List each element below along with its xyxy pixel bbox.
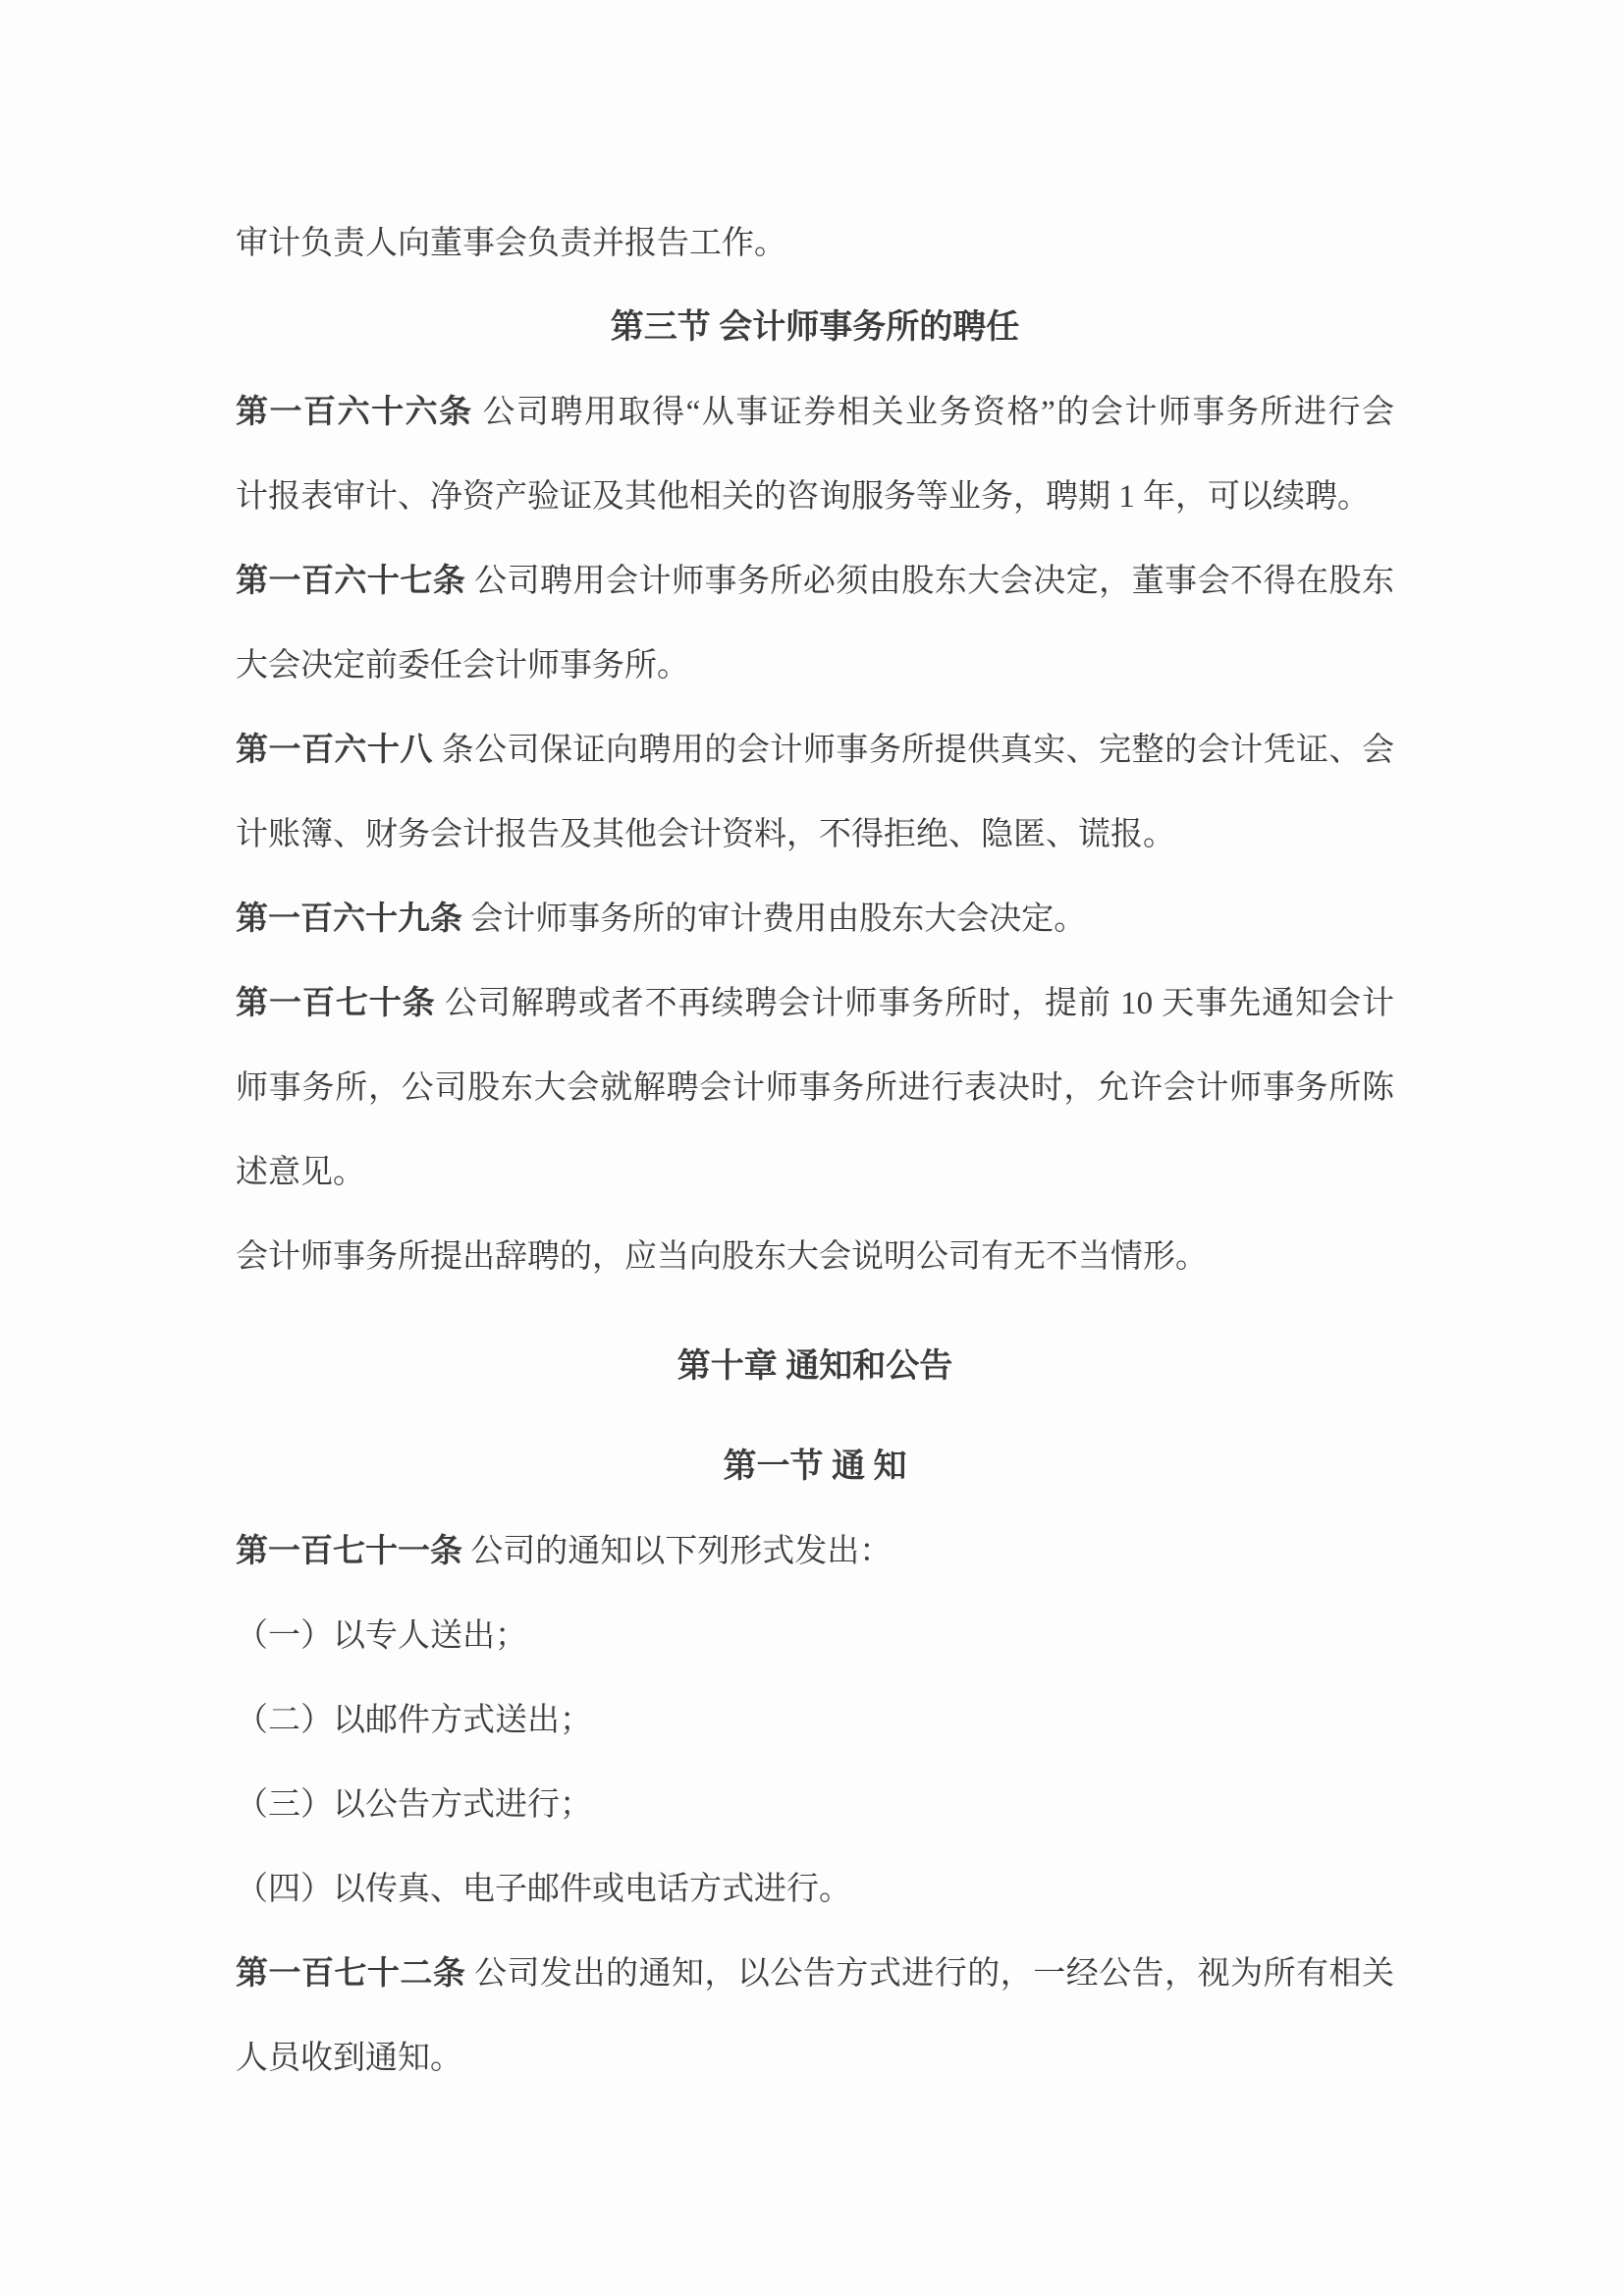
article-169-line-1: 第一百六十九条 会计师事务所的审计费用由股东大会决定。 bbox=[236, 877, 1394, 961]
line-text: 计账簿、财务会计报告及其他会计资料，不得拒绝、隐匿、谎报。 bbox=[236, 817, 1175, 852]
heading-chapter-10: 第十章 通知和公告 bbox=[236, 1325, 1394, 1409]
article-number: 第一百七十二条 bbox=[236, 1956, 465, 1992]
line-text: 师事务所，公司股东大会就解聘会计师事务所进行表决时，允许会计师事务所陈 bbox=[236, 1070, 1394, 1106]
article-170-line-2: 师事务所，公司股东大会就解聘会计师事务所进行表决时，允许会计师事务所陈 bbox=[236, 1046, 1394, 1130]
line-text: （二）以邮件方式送出； bbox=[236, 1703, 592, 1738]
article-170-line-1: 第一百七十条 公司解聘或者不再续聘会计师事务所时，提前 10 天事先通知会计 bbox=[236, 961, 1394, 1046]
line-text: 公司解聘或者不再续聘会计师事务所时，提前 10 天事先通知会计 bbox=[436, 986, 1394, 1021]
list-item-3: （三）以公告方式进行； bbox=[236, 1763, 1394, 1847]
document-text-block: 审计负责人向董事会负责并报告工作。 第三节 会计师事务所的聘任 第一百六十六条 … bbox=[236, 201, 1394, 2101]
heading-text: 第十章 通知和公告 bbox=[677, 1348, 953, 1385]
line-text: 大会决定前委任会计师事务所。 bbox=[236, 648, 689, 683]
article-number: 第一百六十八 bbox=[236, 733, 433, 768]
article-number: 第一百七十一条 bbox=[236, 1534, 462, 1569]
line-text: 计报表审计、净资产验证及其他相关的咨询服务等业务，聘期 1 年，可以续聘。 bbox=[236, 479, 1370, 515]
article-166-line-1: 第一百六十六条 公司聘用取得“从事证券相关业务资格”的会计师事务所进行会 bbox=[236, 370, 1394, 455]
line-text: 公司聘用取得“从事证券相关业务资格”的会计师事务所进行会 bbox=[473, 395, 1394, 430]
line-text: 公司的通知以下列形式发出： bbox=[462, 1534, 892, 1569]
document-page: 审计负责人向董事会负责并报告工作。 第三节 会计师事务所的聘任 第一百六十六条 … bbox=[0, 0, 1623, 2296]
article-167-line-2: 大会决定前委任会计师事务所。 bbox=[236, 624, 1394, 708]
article-number: 第一百六十七条 bbox=[236, 564, 465, 599]
line-text: 人员收到通知。 bbox=[236, 2041, 462, 2076]
list-item-1: （一）以专人送出； bbox=[236, 1594, 1394, 1678]
article-170-line-3: 述意见。 bbox=[236, 1130, 1394, 1215]
article-number: 第一百六十九条 bbox=[236, 902, 462, 937]
line-text: 公司发出的通知，以公告方式进行的，一经公告，视为所有相关 bbox=[465, 1956, 1394, 1992]
line-text: 会计师事务所的审计费用由股东大会决定。 bbox=[462, 902, 1086, 937]
line-text: （一）以专人送出； bbox=[236, 1618, 527, 1654]
article-168-line-1: 第一百六十八 条公司保证向聘用的会计师事务所提供真实、完整的会计凭证、会 bbox=[236, 708, 1394, 793]
line-text: 述意见。 bbox=[236, 1155, 365, 1190]
article-172-line-2: 人员收到通知。 bbox=[236, 2016, 1394, 2101]
line-text: 会计师事务所提出辞聘的，应当向股东大会说明公司有无不当情形。 bbox=[236, 1239, 1208, 1275]
heading-text: 第一节 通 知 bbox=[724, 1449, 907, 1485]
line-text: （三）以公告方式进行； bbox=[236, 1787, 592, 1823]
heading-section-1-notice: 第一节 通 知 bbox=[236, 1425, 1394, 1509]
article-168-line-2: 计账簿、财务会计报告及其他会计资料，不得拒绝、隐匿、谎报。 bbox=[236, 793, 1394, 877]
line-text: 审计负责人向董事会负责并报告工作。 bbox=[236, 226, 786, 261]
line-text: 公司聘用会计师事务所必须由股东大会决定，董事会不得在股东 bbox=[465, 564, 1394, 599]
article-166-line-2: 计报表审计、净资产验证及其他相关的咨询服务等业务，聘期 1 年，可以续聘。 bbox=[236, 455, 1394, 539]
list-item-4: （四）以传真、电子邮件或电话方式进行。 bbox=[236, 1847, 1394, 1932]
article-number: 第一百七十条 bbox=[236, 986, 436, 1021]
article-number: 第一百六十六条 bbox=[236, 395, 473, 430]
paragraph-audit-responsibility: 审计负责人向董事会负责并报告工作。 bbox=[236, 201, 1394, 286]
article-172-line-1: 第一百七十二条 公司发出的通知，以公告方式进行的，一经公告，视为所有相关 bbox=[236, 1932, 1394, 2016]
article-167-line-1: 第一百六十七条 公司聘用会计师事务所必须由股东大会决定，董事会不得在股东 bbox=[236, 539, 1394, 624]
article-171-line-1: 第一百七十一条 公司的通知以下列形式发出： bbox=[236, 1509, 1394, 1594]
heading-section-3: 第三节 会计师事务所的聘任 bbox=[236, 286, 1394, 370]
paragraph-resignation-statement: 会计师事务所提出辞聘的，应当向股东大会说明公司有无不当情形。 bbox=[236, 1215, 1394, 1299]
line-text: （四）以传真、电子邮件或电话方式进行。 bbox=[236, 1872, 851, 1907]
heading-text: 第三节 会计师事务所的聘任 bbox=[611, 309, 1020, 346]
line-text: 条公司保证向聘用的会计师事务所提供真实、完整的会计凭证、会 bbox=[433, 733, 1394, 768]
list-item-2: （二）以邮件方式送出； bbox=[236, 1678, 1394, 1763]
